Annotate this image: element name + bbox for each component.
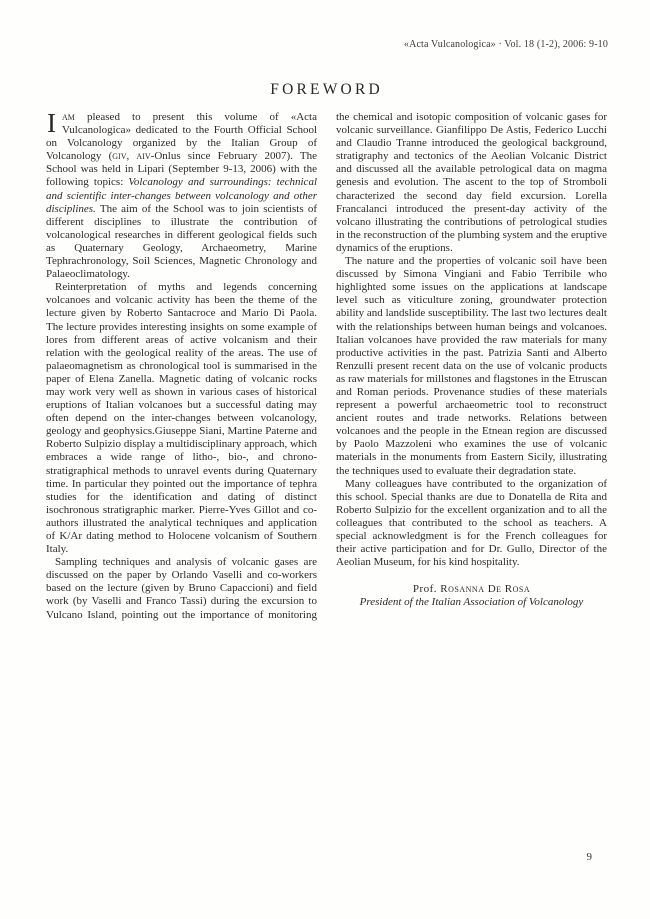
paragraph: The nature and the properties of volcani… xyxy=(336,255,607,478)
drop-cap: I xyxy=(46,111,62,134)
text-run: The nature and the properties of volcani… xyxy=(336,255,607,477)
signature-prefix: Prof. xyxy=(413,583,437,595)
text-run: Many colleagues have contributed to the … xyxy=(336,478,607,569)
signature-role: President of the Italian Association of … xyxy=(336,596,607,609)
text-run: giv, aiv xyxy=(112,150,150,162)
article-body: Iam pleased to present this volume of «A… xyxy=(46,111,607,622)
signature-name-line: Prof. Rosanna De Rosa xyxy=(336,583,607,596)
text-run: am xyxy=(62,111,75,123)
page-number: 9 xyxy=(587,851,593,863)
document-page: «Acta Vulcanologica» · Vol. 18 (1-2), 20… xyxy=(0,0,650,919)
signature-name: Rosanna De Rosa xyxy=(440,583,530,595)
paragraph: Many colleagues have contributed to the … xyxy=(336,478,607,570)
paragraph: Reinterpretation of myths and legends co… xyxy=(46,281,317,556)
paragraph: Iam pleased to present this volume of «A… xyxy=(46,111,317,281)
page-title: FOREWORD xyxy=(0,81,650,99)
signature-block: Prof. Rosanna De Rosa President of the I… xyxy=(336,583,607,609)
text-run: Reinterpretation of myths and legends co… xyxy=(46,281,317,555)
journal-header: «Acta Vulcanologica» · Vol. 18 (1-2), 20… xyxy=(404,39,608,50)
